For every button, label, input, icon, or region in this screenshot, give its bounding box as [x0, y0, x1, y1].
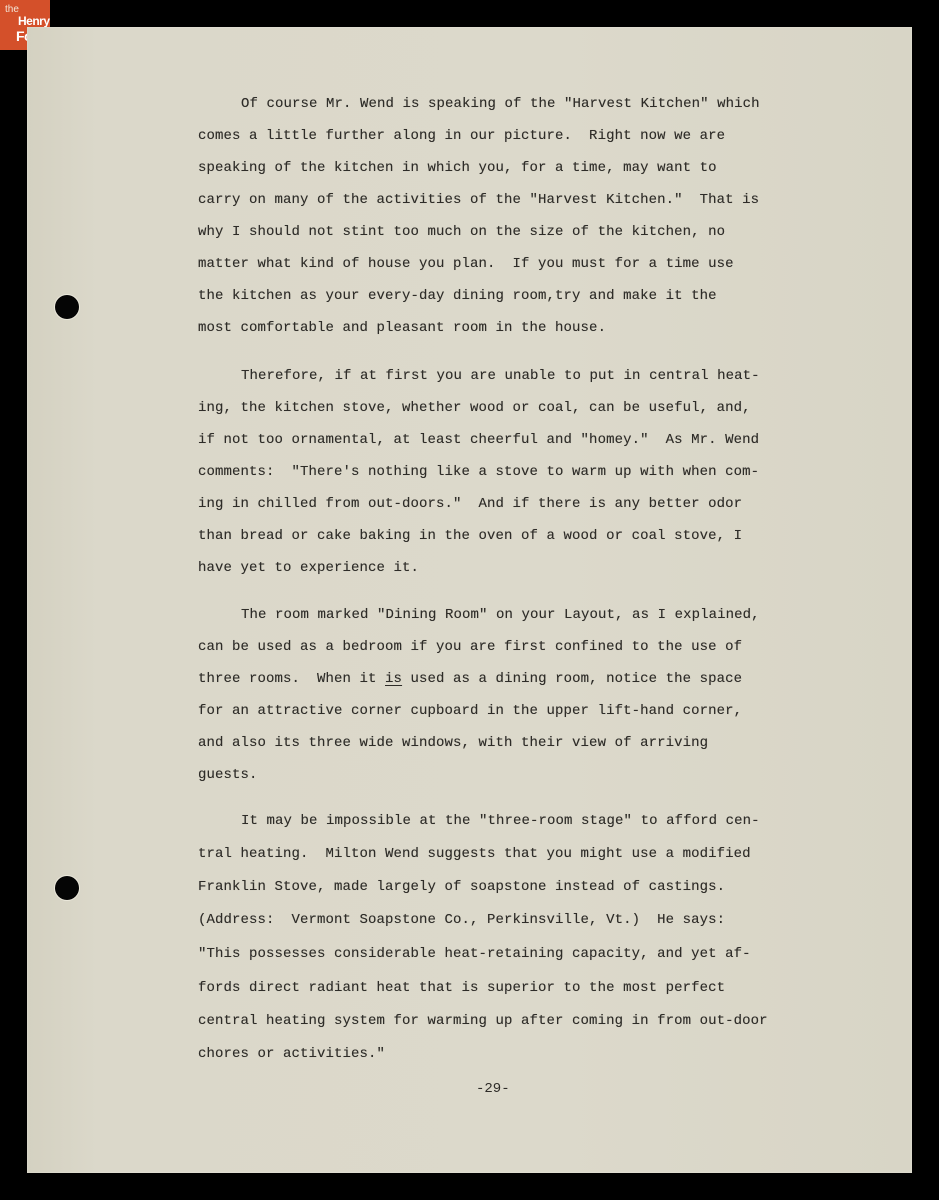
text-line: comments: "There's nothing like a stove … [198, 464, 759, 480]
text-line: than bread or cake baking in the oven of… [198, 528, 742, 544]
text-line: It may be impossible at the "three-room … [241, 813, 760, 829]
text-line: Therefore, if at first you are unable to… [241, 368, 760, 384]
text-line: tral heating. Milton Wend suggests that … [198, 846, 751, 862]
text-line: chores or activities." [198, 1046, 385, 1062]
text-line: Franklin Stove, made largely of soapston… [198, 879, 725, 895]
text-line: speaking of the kitchen in which you, fo… [198, 160, 717, 176]
text-line: ing, the kitchen stove, whether wood or … [198, 400, 751, 416]
punch-hole-top [55, 295, 79, 319]
text-segment: three rooms. When it [198, 671, 385, 687]
text-segment: used as a dining room, notice the space [402, 671, 742, 687]
text-line: central heating system for warming up af… [198, 1013, 768, 1029]
text-line: ing in chilled from out-doors." And if t… [198, 496, 742, 512]
text-line: matter what kind of house you plan. If y… [198, 256, 734, 272]
text-line: (Address: Vermont Soapstone Co., Perkins… [198, 912, 725, 928]
text-line: can be used as a bedroom if you are firs… [198, 639, 742, 655]
punch-hole-bottom [55, 876, 79, 900]
text-line-with-underline: three rooms. When it is used as a dining… [198, 671, 742, 687]
text-line: "This possesses considerable heat-retain… [198, 946, 751, 962]
text-line: carry on many of the activities of the "… [198, 192, 759, 208]
text-line: and also its three wide windows, with th… [198, 735, 708, 751]
text-line: fords direct radiant heat that is superi… [198, 980, 725, 996]
text-line: if not too ornamental, at least cheerful… [198, 432, 759, 448]
logo-text-henry: Henry [18, 15, 50, 27]
text-line: the kitchen as your every-day dining roo… [198, 288, 717, 304]
logo-text-the: the [5, 5, 19, 15]
text-line: have yet to experience it. [198, 560, 419, 576]
underlined-word: is [385, 671, 402, 687]
text-line: why I should not stint too much on the s… [198, 224, 725, 240]
text-line: guests. [198, 767, 258, 783]
text-line: for an attractive corner cupboard in the… [198, 703, 742, 719]
text-line: most comfortable and pleasant room in th… [198, 320, 606, 336]
page-number: -29- [476, 1081, 510, 1097]
text-line: comes a little further along in our pict… [198, 128, 725, 144]
text-line: The room marked "Dining Room" on your La… [241, 607, 760, 623]
text-line: Of course Mr. Wend is speaking of the "H… [241, 96, 760, 112]
